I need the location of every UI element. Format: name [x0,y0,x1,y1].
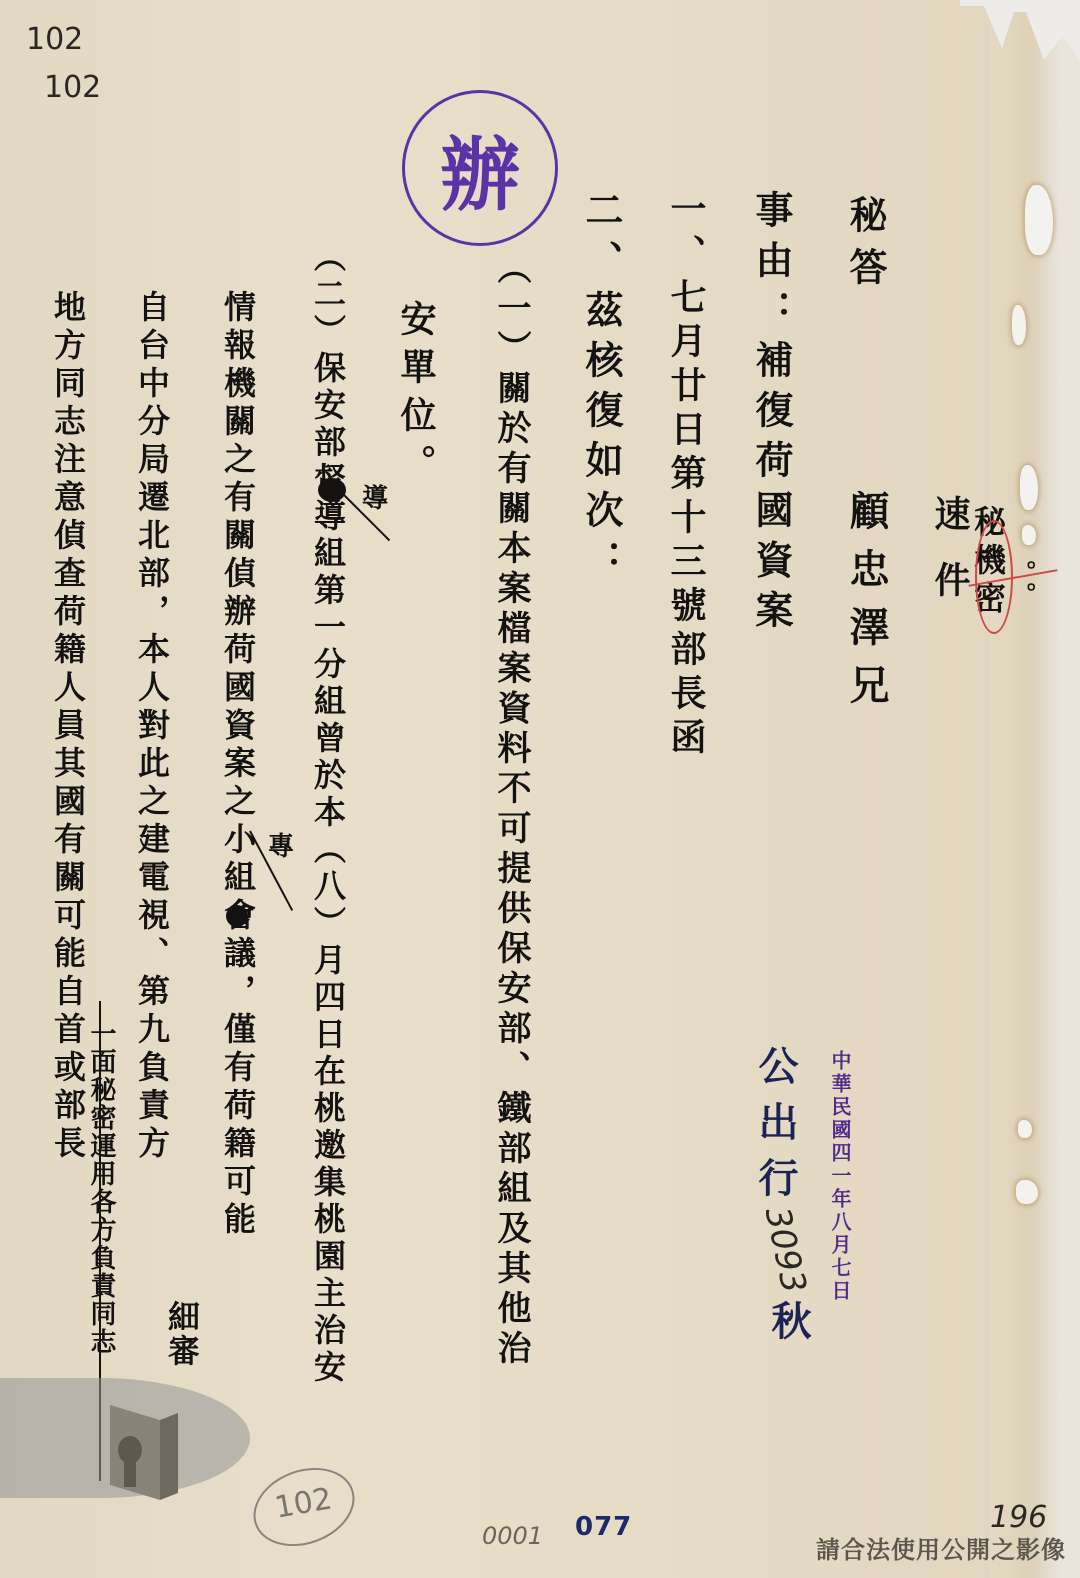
item-1: （一）關於有關本案檔案資料不可提供保安部、鐵部組及其他治 [494,250,528,1370]
archive-number-top-2: 102 [44,70,101,105]
ink-blot [318,478,346,502]
routing-marks: 。。 [1010,560,1034,616]
item-2-continued-2: 自台中分局遷北部，本人對此之建電視、第九負責方 [136,290,168,1164]
signature-mark: 秋 [768,1300,808,1354]
seal-character: 辦 [440,111,520,226]
inserted-word: 細審 [166,1300,198,1368]
paper-hole [1016,1180,1038,1204]
paper-hole [1020,465,1038,510]
paper-hole [1012,305,1026,345]
pencil-page-number: 0001 [482,1522,543,1550]
paper-hole [1022,525,1036,545]
usage-notice: 請合法使用公開之影像 [816,1530,1066,1565]
inserted-phrase: 一面秘密運用各方負責同志 [88,1020,114,1356]
stamped-page-number: 077 [575,1512,632,1542]
paper-hole [1018,1120,1032,1138]
header-label: 秘答 [846,195,884,299]
official-seal: 辦 [402,90,558,246]
item-1-continued: 安單位。 [398,300,434,492]
signature-text: 公出行 [755,1045,795,1213]
ink-blot [226,905,248,927]
book-watermark-icon [100,1395,180,1505]
inserted-char-zhuan: 專 [268,826,294,863]
subject-line: 事由：補復荷國資案 [752,190,790,640]
recipient: 顧忠澤兄 [846,490,886,722]
reply-intro: 二、茲核復如次： [582,190,620,590]
date-stamp: 中華民國四一年八月七日 [826,1050,855,1303]
item-2-continued: 情報機關之有關偵辦荷國資案之小組會議，僅有荷籍可能 [222,290,254,1240]
item-2: （二）保安部督導組第一分組曾於本（八）月四日在桃邀集桃園主治安 [312,240,344,1387]
reference-line: 一、七月廿日第十三號部長函 [668,190,704,762]
archive-number-top: 102 [26,22,83,57]
inserted-char-dao: 導 [362,478,388,515]
item-2-continued-3: 地方同志注意偵查荷籍人員其國有關可能自首或部長 [52,290,84,1164]
routing-urgent: 速件 [932,495,968,627]
